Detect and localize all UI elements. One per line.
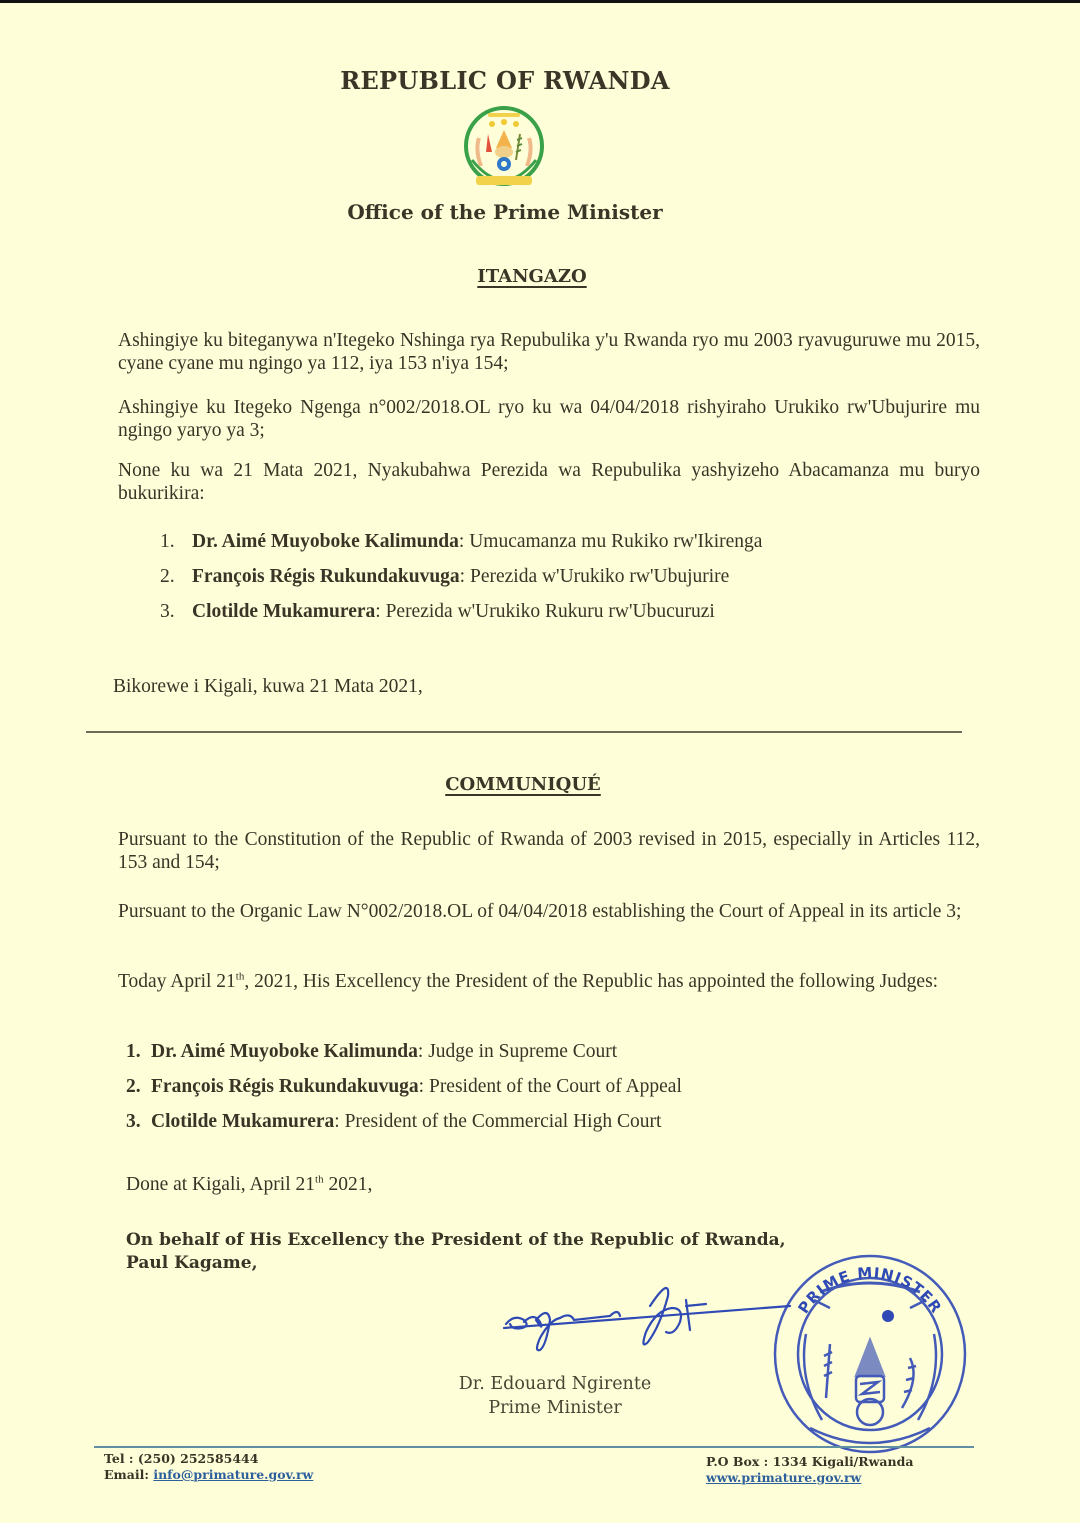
office-title: Office of the Prime Minister bbox=[0, 200, 1010, 224]
footer-contact: Tel : (250) 252585444 Email: info@primat… bbox=[104, 1451, 313, 1483]
po-box: P.O Box : 1334 Kigali/Rwanda bbox=[706, 1454, 913, 1470]
handwritten-signature-icon bbox=[500, 1276, 800, 1356]
country-title: REPUBLIC OF RWANDA bbox=[0, 66, 1010, 95]
list-item: 2. François Régis Rukundakuvuga: Preside… bbox=[126, 1076, 946, 1111]
signatory-block: Dr. Edouard Ngirente Prime Minister bbox=[420, 1372, 690, 1420]
itangazo-heading: ITANGAZO bbox=[0, 266, 1064, 287]
english-paragraph: Pursuant to the Constitution of the Repu… bbox=[118, 828, 980, 874]
prime-minister-seal-icon: PRIME MINISTER bbox=[770, 1248, 970, 1454]
kinyarwanda-appointments-list: 1. Dr. Aimé Muyoboke Kalimunda: Umucaman… bbox=[160, 531, 980, 636]
list-item: 1. Dr. Aimé Muyoboke Kalimunda: Judge in… bbox=[126, 1041, 946, 1076]
appointee-role: Perezida w'Urukiko rw'Ubujurire bbox=[465, 566, 729, 587]
section-divider bbox=[86, 731, 962, 733]
tel-number: (250) 252585444 bbox=[138, 1451, 259, 1466]
appointee-role: President of the Commercial High Court bbox=[340, 1111, 662, 1132]
english-closing: Done at Kigali, April 21th 2021, bbox=[126, 1174, 372, 1196]
kinyarwanda-paragraph: Ashingiye ku Itegeko Ngenga n°002/2018.O… bbox=[118, 396, 980, 442]
appointee-role: Judge in Supreme Court bbox=[423, 1041, 617, 1062]
email-label: Email: bbox=[104, 1467, 153, 1482]
appointee-name: Dr. Aimé Muyoboke Kalimunda bbox=[151, 1041, 418, 1062]
appointee-name: François Régis Rukundakuvuga bbox=[192, 566, 460, 587]
appointee-role: Perezida w'Urukiko Rukuru rw'Ubucuruzi bbox=[381, 601, 715, 622]
list-number: 2. bbox=[160, 566, 192, 588]
footer-address: P.O Box : 1334 Kigali/Rwanda www.primatu… bbox=[706, 1454, 913, 1486]
appointee-name: Clotilde Mukamurera bbox=[151, 1111, 334, 1132]
rwanda-coat-of-arms-icon bbox=[462, 104, 546, 194]
english-appointments-list: 1. Dr. Aimé Muyoboke Kalimunda: Judge in… bbox=[126, 1041, 946, 1146]
list-item: 2. François Régis Rukundakuvuga: Perezid… bbox=[160, 566, 980, 601]
appointee-name: François Régis Rukundakuvuga bbox=[151, 1076, 419, 1097]
text: Done at Kigali, April 21 bbox=[126, 1174, 315, 1195]
top-border bbox=[0, 0, 1080, 3]
list-number: 1. bbox=[126, 1041, 151, 1063]
ordinal-suffix: th bbox=[315, 1174, 324, 1186]
appointee-role: President of the Court of Appeal bbox=[424, 1076, 682, 1097]
english-paragraph: Today April 21th, 2021, His Excellency t… bbox=[118, 970, 980, 993]
text: 2021, bbox=[324, 1174, 373, 1195]
english-paragraph: Pursuant to the Organic Law N°002/2018.O… bbox=[118, 900, 980, 923]
list-item: 3. Clotilde Mukamurera: President of the… bbox=[126, 1111, 946, 1146]
list-number: 2. bbox=[126, 1076, 151, 1098]
signatory-name: Dr. Edouard Ngirente bbox=[420, 1372, 690, 1396]
kinyarwanda-paragraph: Ashingiye ku biteganywa n'Itegeko Nshing… bbox=[118, 329, 980, 375]
email-link[interactable]: info@primature.gov.rw bbox=[153, 1467, 313, 1482]
appointee-name: Clotilde Mukamurera bbox=[192, 601, 375, 622]
appointee-role: Umucamanza mu Rukiko rw'Ikirenga bbox=[464, 531, 762, 552]
website-link[interactable]: www.primature.gov.rw bbox=[706, 1470, 913, 1486]
list-number: 3. bbox=[126, 1111, 151, 1133]
kinyarwanda-paragraph: None ku wa 21 Mata 2021, Nyakubahwa Pere… bbox=[118, 459, 980, 505]
appointee-name: Dr. Aimé Muyoboke Kalimunda bbox=[192, 531, 459, 552]
list-item: 1. Dr. Aimé Muyoboke Kalimunda: Umucaman… bbox=[160, 531, 980, 566]
list-number: 3. bbox=[160, 601, 192, 623]
tel-label: Tel : bbox=[104, 1451, 138, 1466]
kinyarwanda-closing: Bikorewe i Kigali, kuwa 21 Mata 2021, bbox=[113, 676, 423, 698]
list-item: 3. Clotilde Mukamurera: Perezida w'Uruki… bbox=[160, 601, 980, 636]
list-number: 1. bbox=[160, 531, 192, 553]
communique-heading: COMMUNIQUÉ bbox=[0, 774, 1046, 795]
text: , 2021, His Excellency the President of … bbox=[244, 971, 938, 992]
footer-rule bbox=[94, 1446, 974, 1448]
signatory-title: Prime Minister bbox=[420, 1396, 690, 1420]
text: Today April 21 bbox=[118, 971, 236, 992]
